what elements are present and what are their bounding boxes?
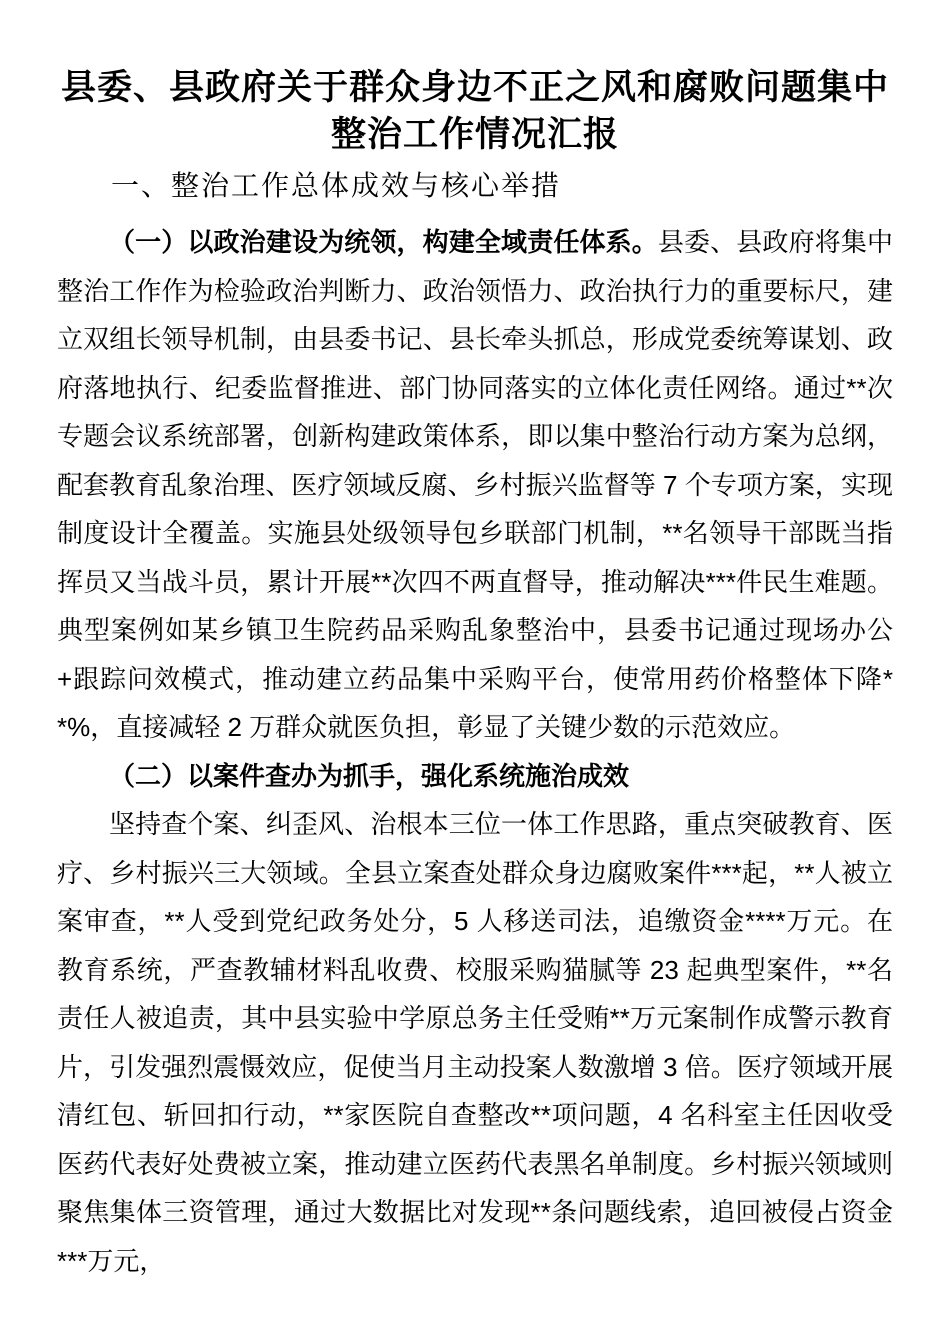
document-title-line-1: 县委、县政府关于群众身边不正之风和腐败问题集中 bbox=[61, 68, 889, 107]
sub2-heading: （二）以案件查办为抓手，强化系统施治成效 bbox=[57, 752, 893, 801]
document-page: 县委、县政府关于群众身边不正之风和腐败问题集中 整治工作情况汇报 一、整治工作总… bbox=[0, 0, 950, 1344]
document-title-line-2: 整治工作情况汇报 bbox=[331, 115, 619, 154]
document-title: 县委、县政府关于群众身边不正之风和腐败问题集中 整治工作情况汇报 bbox=[57, 64, 893, 158]
section-heading-1: 一、整治工作总体成效与核心举措 bbox=[57, 162, 893, 210]
sub1-body-text: 县委、县政府将集中整治工作作为检验政治判断力、政治领悟力、政治执行力的重要标尺，… bbox=[57, 227, 893, 742]
paragraph-sub2: 坚持查个案、纠歪风、治根本三位一体工作思路，重点突破教育、医疗、乡村振兴三大领域… bbox=[57, 800, 893, 1285]
paragraph-sub1: （一）以政治建设为统领，构建全域责任体系。县委、县政府将集中整治工作作为检验政治… bbox=[57, 218, 893, 752]
sub1-lead-heading: （一）以政治建设为统领，构建全域责任体系。 bbox=[109, 227, 658, 257]
